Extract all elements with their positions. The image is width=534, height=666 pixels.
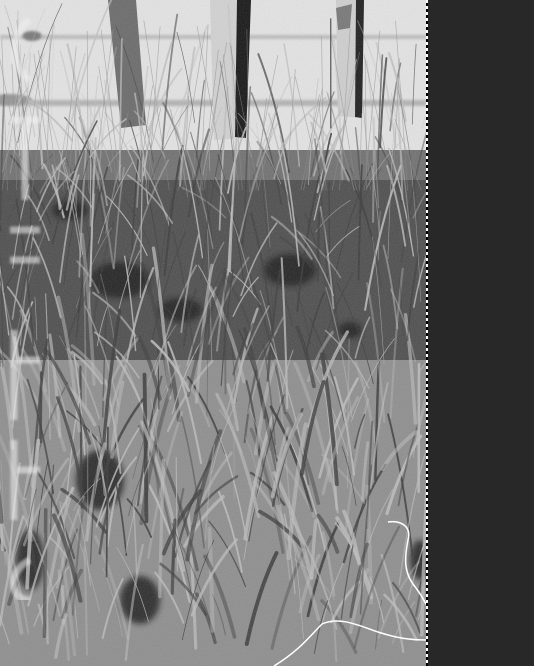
selection-marching-ants[interactable] <box>426 0 428 666</box>
canvas-image[interactable] <box>0 0 427 666</box>
photo-render <box>0 0 427 666</box>
